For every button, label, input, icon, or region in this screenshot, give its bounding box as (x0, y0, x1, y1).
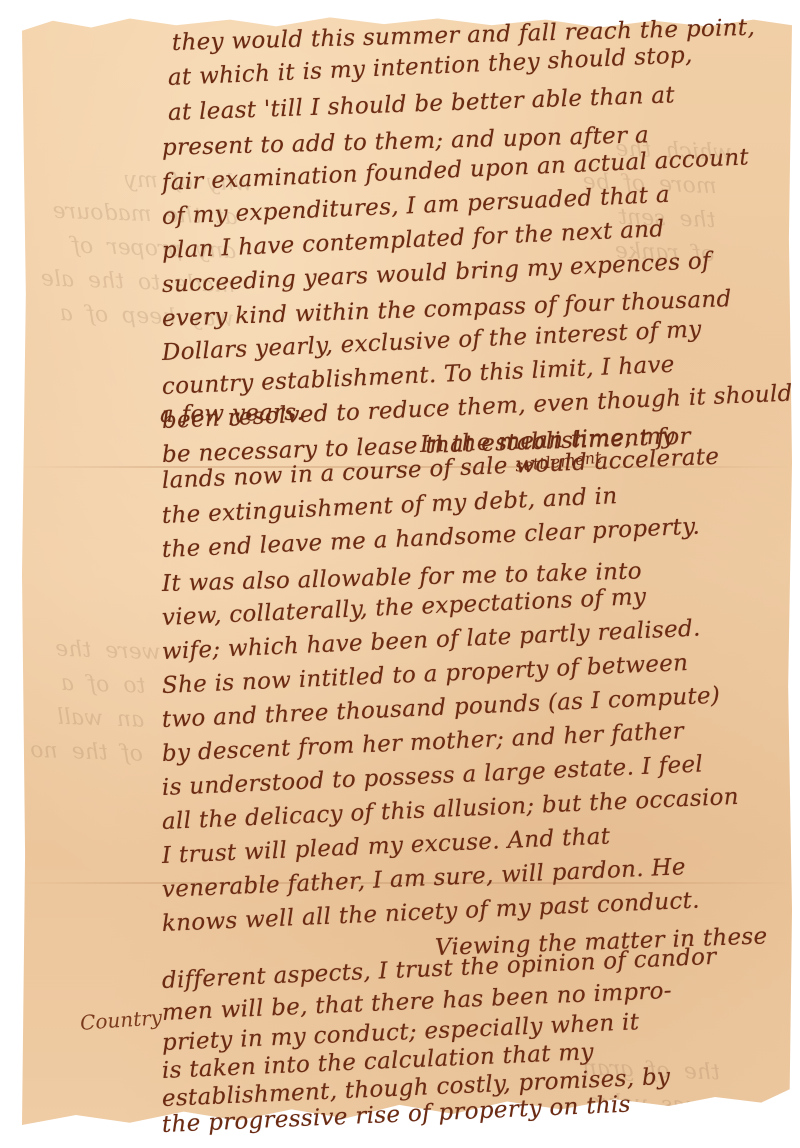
bleed-through-text: were the to of a an wall of the no (30, 632, 161, 772)
letter-line: a few years. (160, 399, 305, 428)
